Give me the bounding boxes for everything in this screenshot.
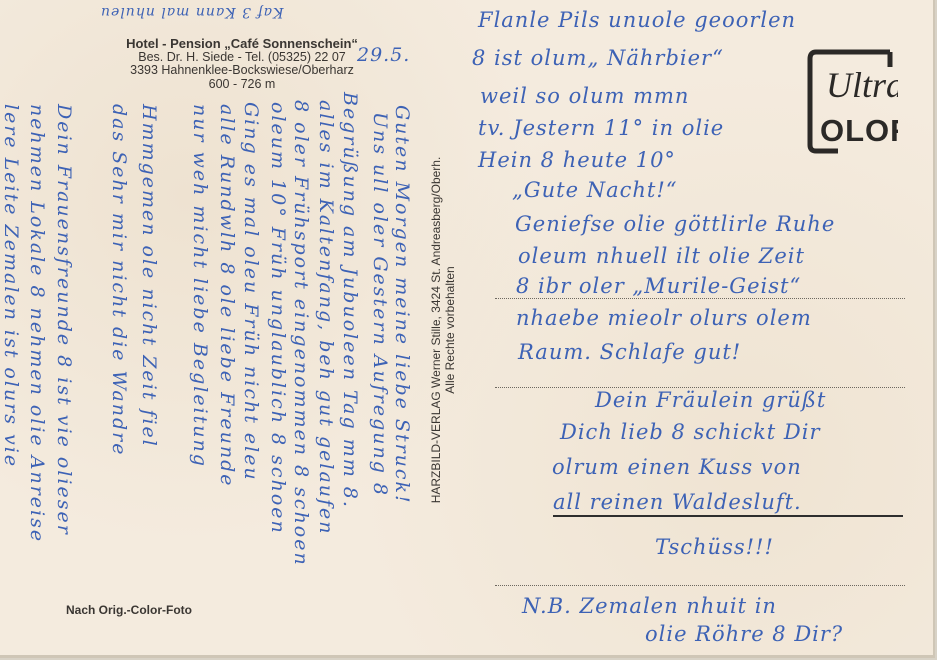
hw-vertical-line: oleum 10° Früh unglaublich 8 schoen <box>267 102 289 535</box>
hw-line: Tschüss!!! <box>655 535 774 559</box>
hw-line: Dein Fräulein grüßt <box>595 388 826 412</box>
hw-vertical-line: alles im Kaltenfang, beh gut gelaufen <box>315 100 337 536</box>
upside-down-note: Kaf 3 Kann mal nhuleu <box>100 4 283 20</box>
hw-vertical-line: Guten Morgen meine liebe Struck! <box>391 105 413 505</box>
hw-vertical-line: nur weh micht liebe Begleitung <box>189 104 211 468</box>
hw-line: Geniefse olie göttlirle Ruhe <box>515 212 835 236</box>
hw-line: olrum einen Kuss von <box>552 455 802 479</box>
hw-vertical-line: das Sehr mir nicht die Wandre <box>108 104 130 456</box>
hw-line: 8 ist olum„ Nährbier“ <box>472 46 724 70</box>
hw-vertical-line: Hmmgemen ole nicht Zeit fiel <box>138 104 160 448</box>
hw-line: N.B. Zemalen nhuit in <box>522 594 777 618</box>
photo-credit: Nach Orig.-Color-Foto <box>66 603 192 617</box>
hotel-name: Hotel - Pension „Café Sonnenschein“ <box>92 37 392 51</box>
hotel-address-block: Hotel - Pension „Café Sonnenschein“ Bes.… <box>92 37 392 91</box>
postcard-back: Hotel - Pension „Café Sonnenschein“ Bes.… <box>0 0 935 658</box>
handwritten-date: 29.5. <box>357 44 410 66</box>
hw-line: oleum nhuell ilt olie Zeit <box>518 244 805 268</box>
publisher-line: HARZBILD-VERLAG Werner Stille, 3424 St. … <box>429 157 443 504</box>
hw-line: 8 ibr oler „Murile-Geist“ <box>516 274 801 298</box>
hw-line: Hein 8 heute 10° <box>478 148 676 172</box>
hotel-location: 3393 Hahnenklee-Bockswiese/Oberharz <box>92 64 392 78</box>
hw-vertical-line: Dein Frauensfreunde 8 ist vie olieser <box>53 104 75 536</box>
address-dotted-line <box>495 585 905 586</box>
svg-text:Ultra: Ultra <box>826 65 898 105</box>
svg-text:OLOR: OLOR <box>820 113 898 148</box>
hw-line: tv. Jestern 11° in olie <box>478 116 724 140</box>
hw-vertical-line: Uns ull oler Gestern Aufregung 8 <box>369 112 391 497</box>
hw-vertical-line: alle Rundwlh 8 ole liebe Freunde <box>216 104 238 487</box>
hotel-altitude: 600 - 726 m <box>92 78 392 92</box>
underline <box>553 515 903 517</box>
hw-vertical-line: lere Leite Zemalen ist olurs vie <box>0 104 22 468</box>
hw-line: „Gute Nacht!“ <box>512 178 678 202</box>
ultra-color-logo-icon: Ultra OLOR <box>798 47 898 157</box>
hw-vertical-line: Ging es mal oleu Früh nicht eleu <box>240 102 262 482</box>
hw-vertical-line: Begrüßung am Jubuoleen Tag mm 8. <box>339 92 361 509</box>
hw-line: Dich lieb 8 schickt Dir <box>560 420 821 444</box>
address-dotted-line <box>495 298 905 299</box>
hw-line: Raum. Schlafe gut! <box>518 340 741 364</box>
hw-vertical-line: 8 oler Frühsport eingenommen 8 schoen <box>290 100 312 567</box>
rights-line: Alle Rechte vorbehalten <box>443 157 457 504</box>
publisher-imprint: HARZBILD-VERLAG Werner Stille, 3424 St. … <box>429 157 457 504</box>
hw-line: weil so olum mmn <box>480 84 689 108</box>
hw-line: olie Röhre 8 Dir? <box>645 622 843 646</box>
hw-vertical-line: nehmen Lokale 8 nehmen olie Anreise <box>26 104 48 543</box>
hw-line: Flanle Pils unuole geoorlen <box>478 8 796 32</box>
hw-line: nhaebe mieolr olurs olem <box>516 306 812 330</box>
hotel-owner-phone: Bes. Dr. H. Siede - Tel. (05325) 22 07 <box>92 51 392 65</box>
hw-line: all reinen Waldesluft. <box>553 490 802 514</box>
